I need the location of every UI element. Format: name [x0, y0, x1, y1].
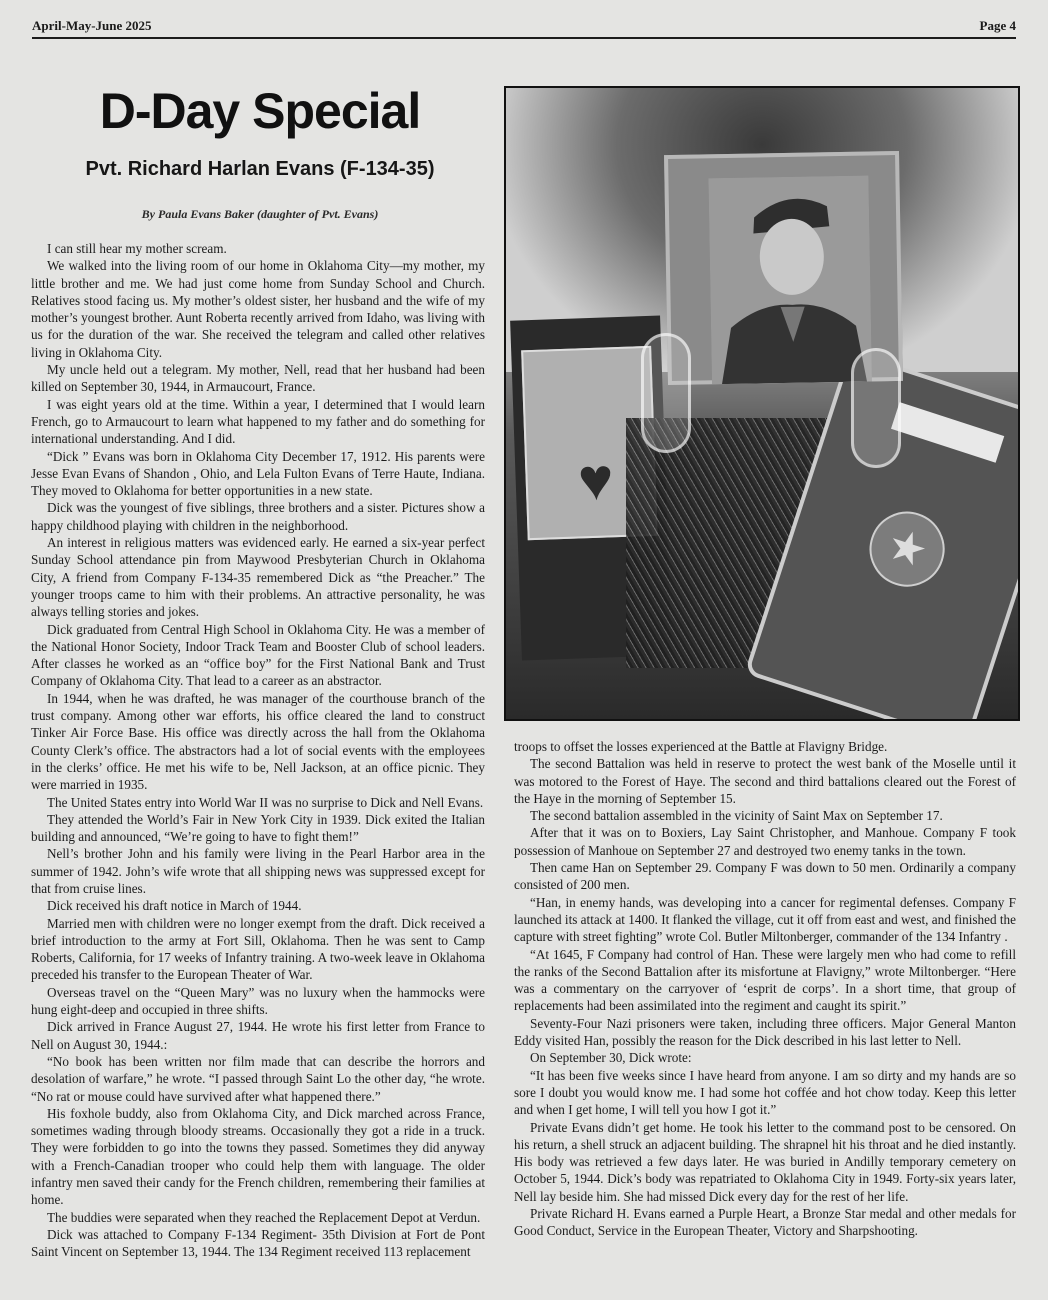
paragraph: I can still hear my mother scream. — [31, 240, 485, 257]
headline: D-Day Special — [60, 82, 460, 140]
glass-vase — [641, 333, 691, 453]
paragraph: Private Richard H. Evans earned a Purple… — [514, 1205, 1016, 1240]
paragraph: “Han, in enemy hands, was developing int… — [514, 894, 1016, 946]
paragraph: Overseas travel on the “Queen Mary” was … — [31, 984, 485, 1019]
paragraph: After that it was on to Boxiers, Lay Sai… — [514, 824, 1016, 859]
paragraph: An interest in religious matters was evi… — [31, 534, 485, 620]
paragraph: “No book has been written nor film made … — [31, 1053, 485, 1105]
paragraph: They attended the World’s Fair in New Yo… — [31, 811, 485, 846]
subhead: Pvt. Richard Harlan Evans (F-134-35) — [40, 158, 480, 181]
article-column-right: troops to offset the losses experienced … — [514, 738, 1016, 1240]
article-column-left: I can still hear my mother scream. We wa… — [31, 240, 485, 1261]
ribbon-bar — [891, 402, 1004, 463]
paragraph: The second Battalion was held in reserve… — [514, 755, 1016, 807]
paragraph: “Dick ” Evans was born in Oklahoma City … — [31, 448, 485, 500]
paragraph: The United States entry into World War I… — [31, 794, 485, 811]
memorial-photo: ♥ ★ — [504, 86, 1020, 721]
paragraph: Married men with children were no longer… — [31, 915, 485, 984]
paragraph: troops to offset the losses experienced … — [514, 738, 1016, 755]
paragraph: We walked into the living room of our ho… — [31, 257, 485, 361]
byline: By Paula Evans Baker (daughter of Pvt. E… — [40, 207, 480, 222]
paragraph: Seventy-Four Nazi prisoners were taken, … — [514, 1015, 1016, 1050]
paragraph: Dick arrived in France August 27, 1944. … — [31, 1018, 485, 1053]
paragraph: Dick was attached to Company F-134 Regim… — [31, 1226, 485, 1261]
paragraph: Dick was the youngest of five siblings, … — [31, 499, 485, 534]
paragraph: In 1944, when he was drafted, he was man… — [31, 690, 485, 794]
paragraph: “It has been five weeks since I have hea… — [514, 1067, 1016, 1119]
glass-vase — [851, 348, 901, 468]
paragraph: I was eight years old at the time. Withi… — [31, 396, 485, 448]
star-medal-icon: ★ — [860, 502, 955, 597]
page-header: April-May-June 2025 Page 4 — [32, 18, 1016, 39]
paragraph: Private Evans didn’t get home. He took h… — [514, 1119, 1016, 1205]
issue-date: April-May-June 2025 — [32, 18, 152, 34]
paragraph: The buddies were separated when they rea… — [31, 1209, 485, 1226]
paragraph: Nell’s brother John and his family were … — [31, 845, 485, 897]
soldier-silhouette-icon — [708, 176, 872, 385]
page-number: Page 4 — [980, 18, 1016, 34]
heart-medal-icon: ♥ — [565, 449, 627, 511]
paragraph: My uncle held out a telegram. My mother,… — [31, 361, 485, 396]
paragraph: “At 1645, F Company had control of Han. … — [514, 946, 1016, 1015]
paragraph: The second battalion assembled in the vi… — [514, 807, 1016, 824]
paragraph: Then came Han on September 29. Company F… — [514, 859, 1016, 894]
paragraph: On September 30, Dick wrote: — [514, 1049, 1016, 1066]
paragraph: Dick graduated from Central High School … — [31, 621, 485, 690]
paragraph: His foxhole buddy, also from Oklahoma Ci… — [31, 1105, 485, 1209]
paragraph: Dick received his draft notice in March … — [31, 897, 485, 914]
